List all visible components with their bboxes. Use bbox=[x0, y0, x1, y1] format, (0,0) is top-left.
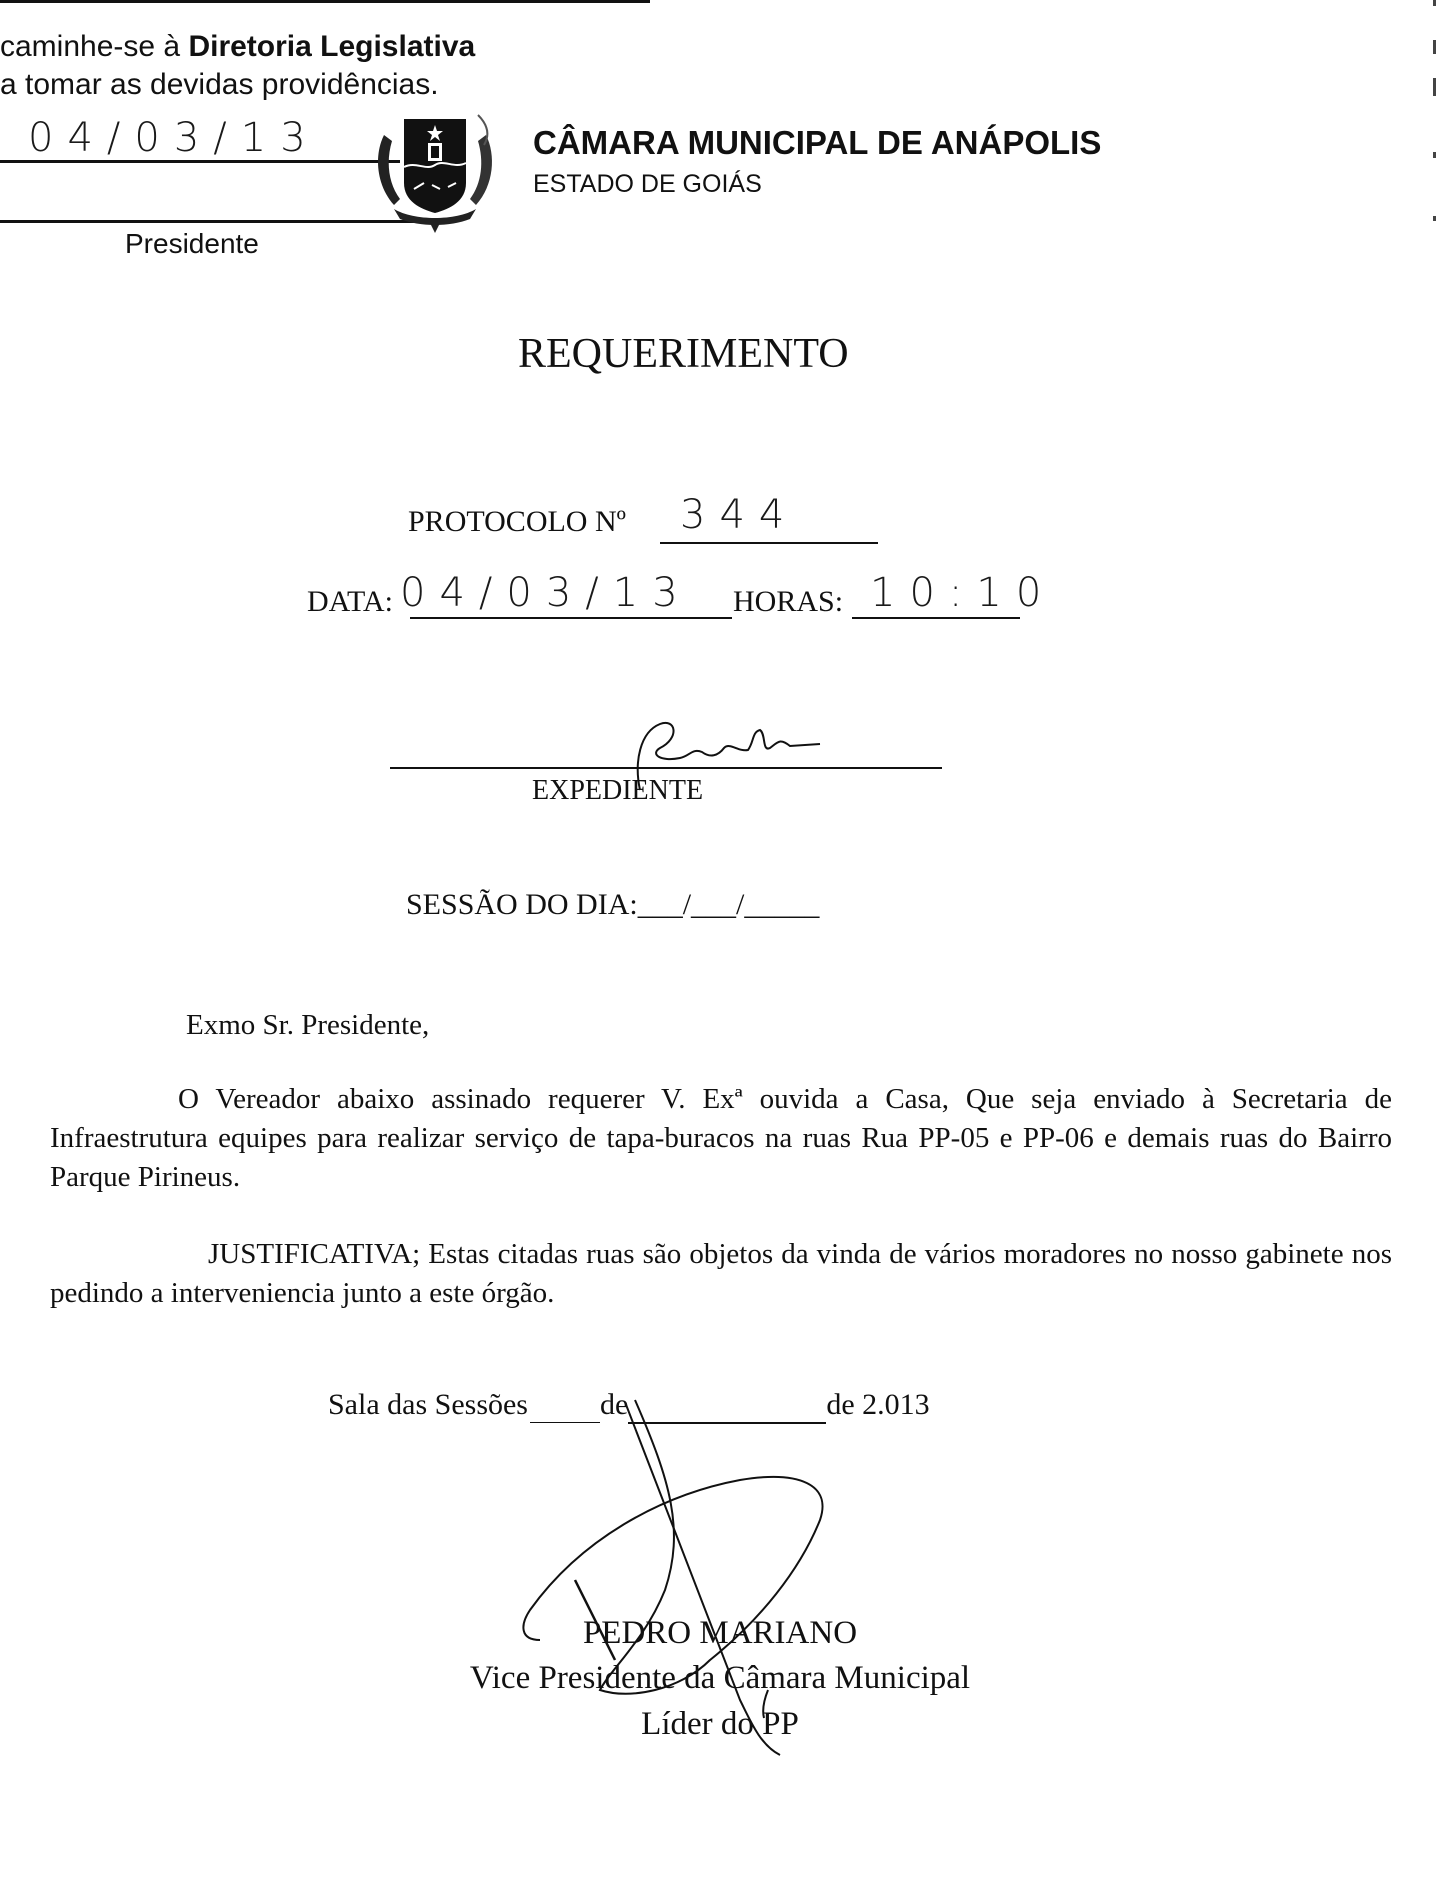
stamp-signer-title: Presidente bbox=[125, 228, 259, 260]
stamp-date-line bbox=[0, 160, 400, 163]
scan-edge-mark bbox=[1433, 216, 1436, 221]
scan-edge-mark bbox=[1433, 78, 1436, 96]
sessao-label: SESSÃO DO DIA:___/___/_____ bbox=[406, 888, 819, 922]
protocolo-field-line bbox=[660, 542, 878, 544]
data-label: DATA: bbox=[307, 585, 393, 619]
protocolo-label: PROTOCOLO Nº bbox=[408, 505, 626, 539]
municipal-coat-of-arms-icon bbox=[370, 105, 500, 235]
stamp-handwritten-date: 04/03/13 bbox=[28, 115, 320, 161]
stamp-signature-line bbox=[0, 220, 420, 223]
signatory-name: PEDRO MARIANO bbox=[0, 1615, 1440, 1652]
stamp-top-border bbox=[0, 0, 650, 3]
horas-value: 10:10 bbox=[870, 570, 1055, 616]
data-field-line bbox=[410, 617, 732, 619]
institution-state: ESTADO DE GOIÁS bbox=[533, 170, 762, 199]
signatory-role: Vice Presidente da Câmara Municipal bbox=[0, 1660, 1440, 1697]
institution-name: CÂMARA MUNICIPAL DE ANÁPOLIS bbox=[533, 124, 1101, 162]
horas-label: HORAS: bbox=[733, 585, 843, 619]
scan-edge-mark bbox=[1433, 152, 1436, 158]
horas-field-line bbox=[852, 617, 1020, 619]
request-paragraph: O Vereador abaixo assinado requerer V. E… bbox=[50, 1080, 1392, 1197]
stamp-instruction-line1: caminhe-se à Diretoria Legislativa bbox=[0, 30, 475, 64]
data-value: 04/03/13 bbox=[400, 570, 692, 616]
protocolo-value: 344 bbox=[680, 492, 798, 538]
document-title: REQUERIMENTO bbox=[518, 330, 849, 378]
sessao-value: ___/___/_____ bbox=[638, 888, 820, 921]
greeting: Exmo Sr. Presidente, bbox=[186, 1006, 429, 1045]
signatory-party: Líder do PP bbox=[0, 1706, 1440, 1743]
expediente-label: EXPEDIENTE bbox=[532, 775, 703, 807]
stamp-instruction-line2: a tomar as devidas providências. bbox=[0, 68, 439, 102]
scan-edge-mark bbox=[1433, 0, 1436, 6]
scan-edge-mark bbox=[1433, 40, 1436, 54]
justification-paragraph: JUSTIFICATIVA; Estas citadas ruas são ob… bbox=[50, 1235, 1392, 1313]
handwritten-signature bbox=[440, 1390, 860, 1760]
